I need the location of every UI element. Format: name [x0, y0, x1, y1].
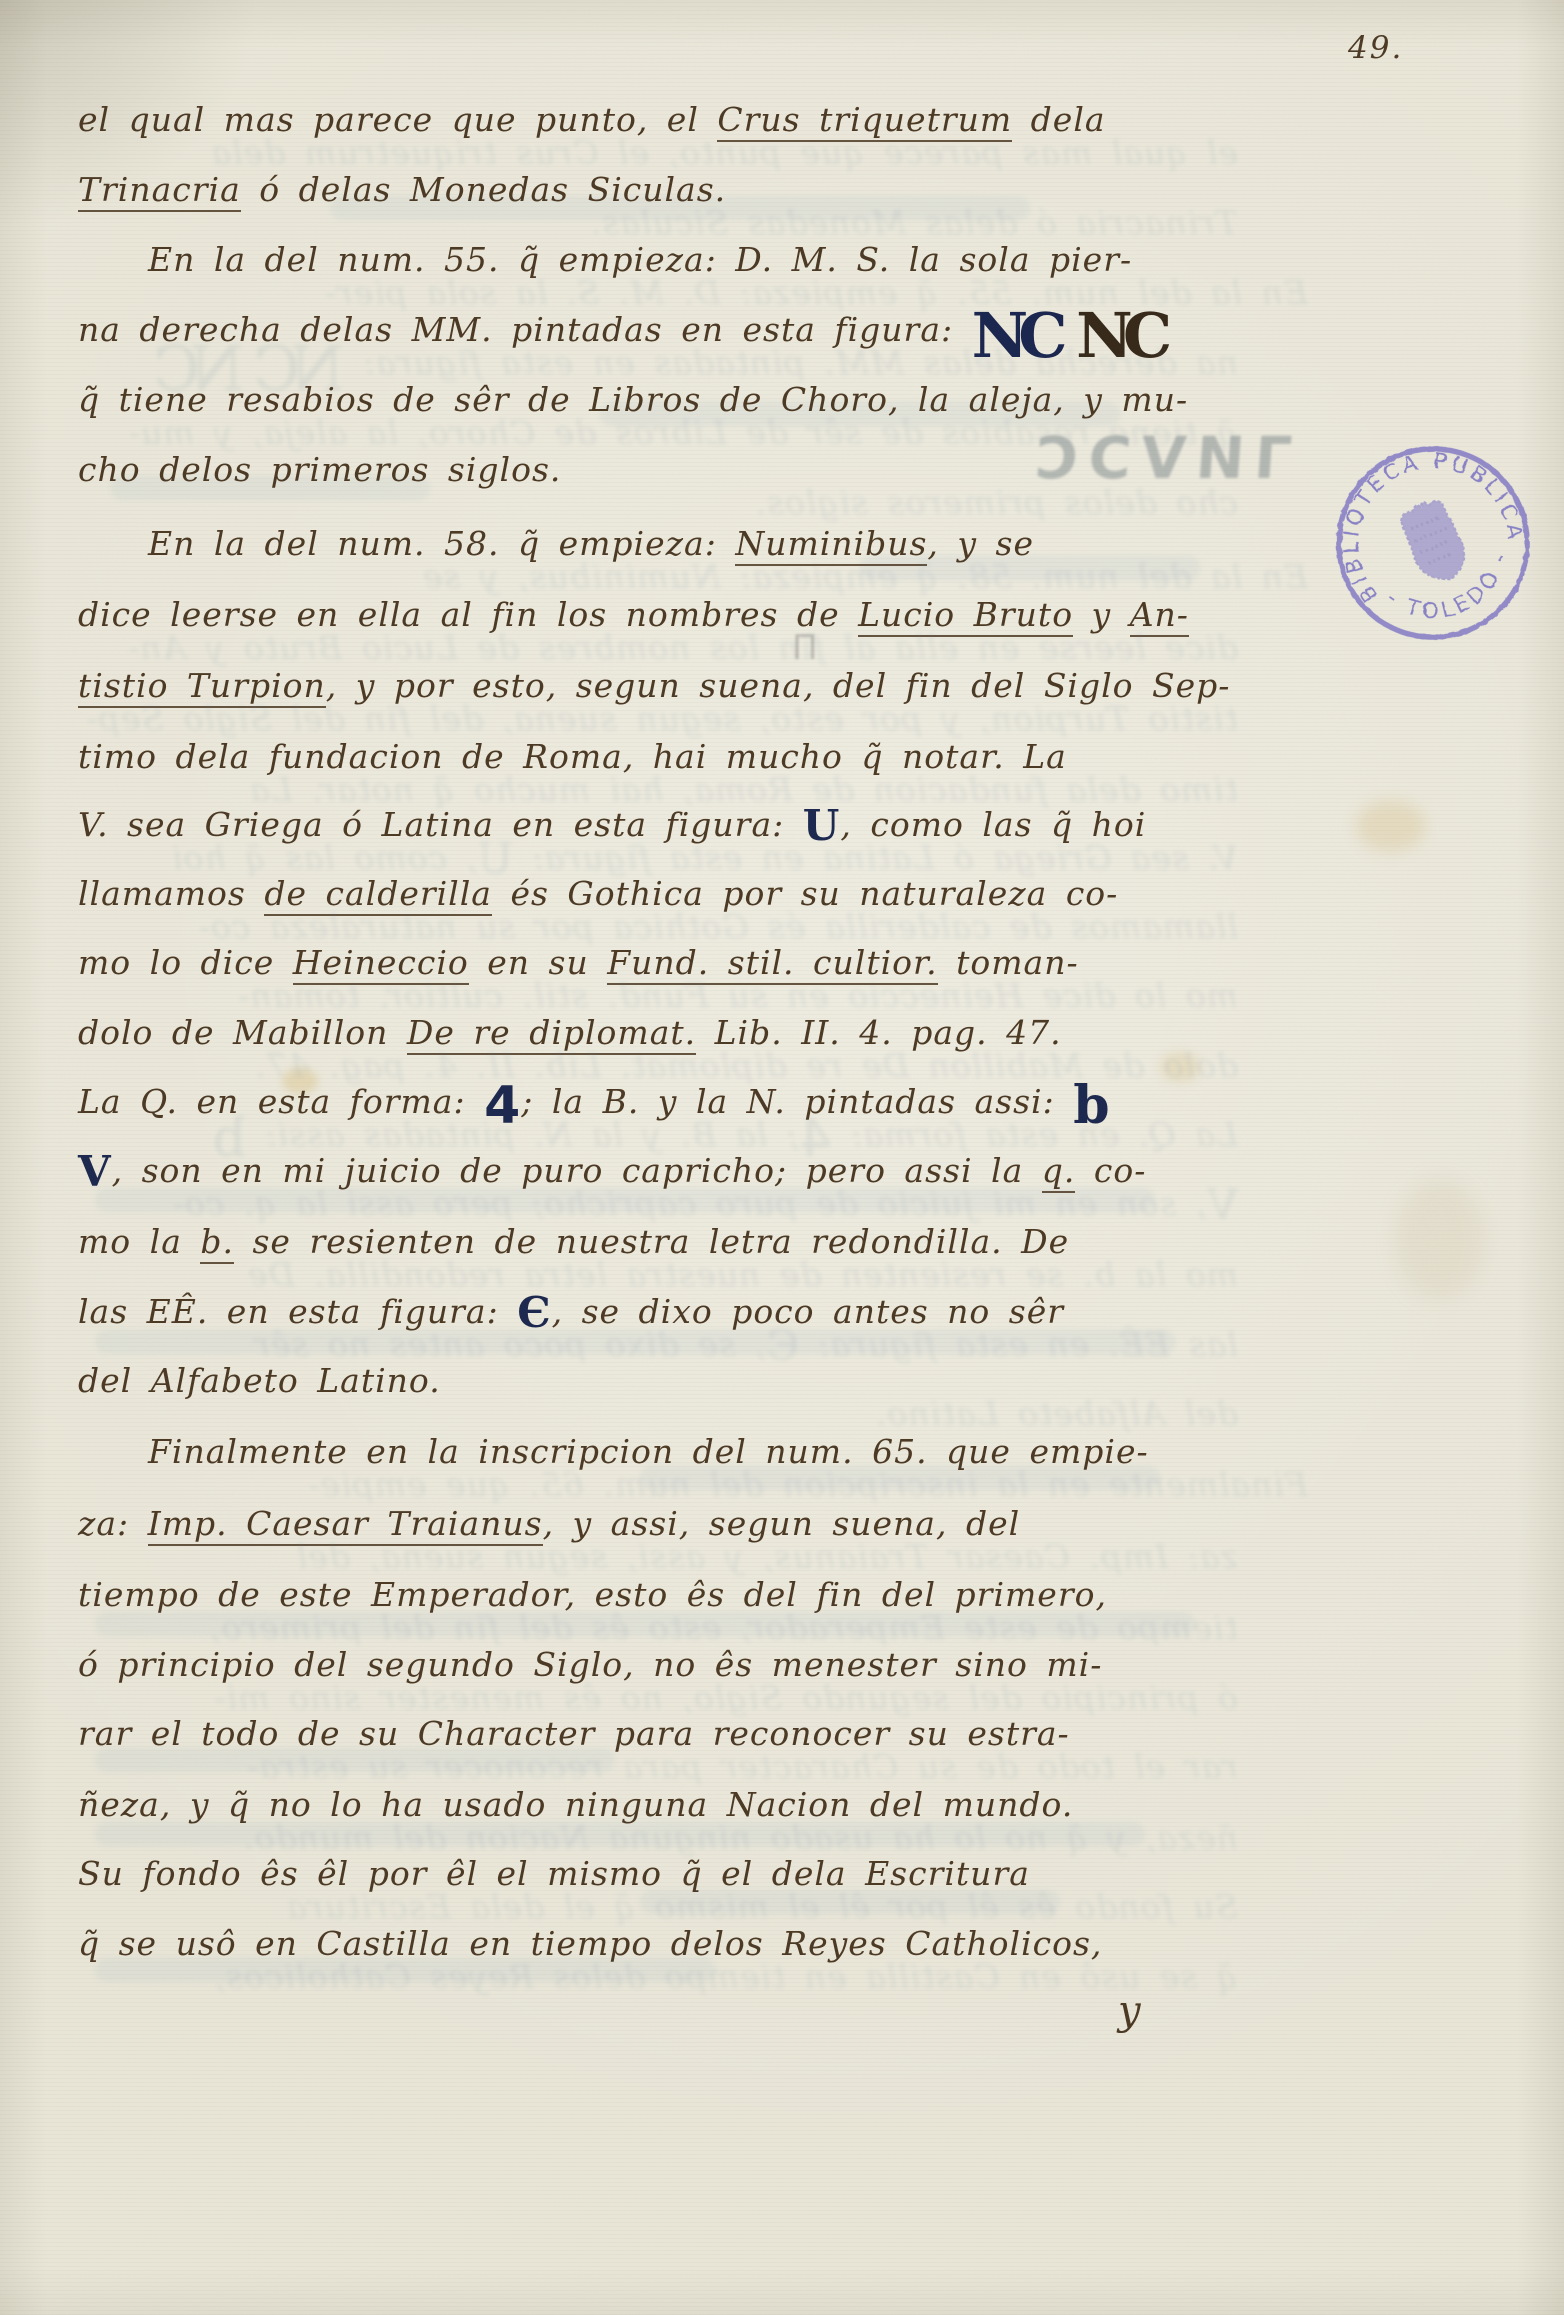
- text-segment: mo la: [1116, 1255, 1238, 1294]
- text-segment: mo lo dice: [1023, 976, 1238, 1015]
- text-segment: del Alfabeto Latino.: [875, 1394, 1238, 1433]
- text-segment: q̃ tiene resabios de sêr de Libros de Ch…: [128, 413, 1238, 452]
- text-segment: za:: [1168, 1537, 1238, 1576]
- catchword: y: [1118, 1988, 1141, 2034]
- text-segment: q̃ se usô en Castilla en tiempo delos Re…: [214, 1957, 1238, 1996]
- text-segment: Su fondo ês êl por êl el mismo q̃ el del…: [286, 1887, 1238, 1926]
- text-segment: , y assi, segun suena, del: [296, 1537, 774, 1576]
- text-segment: dice leerse en ella al fin los nombres d…: [458, 628, 1238, 667]
- stamp-shield-emblem: [1397, 495, 1473, 590]
- text-segment: , y por esto, segun suena, del fin del S…: [86, 699, 991, 738]
- text-segment: dela: [210, 133, 303, 172]
- text-segment: Finalmente en la inscripcion del num. 65…: [307, 1465, 1308, 1504]
- text-segment: ó delas Monedas Siculas.: [590, 203, 1075, 242]
- text-segment: En la del num. 58. q̃ empieza:: [721, 557, 1308, 596]
- text-segment: tiempo de este Emperador, esto ês del fi…: [209, 1608, 1238, 1647]
- manuscript-page: 49. ƆCVNΓ Π el qual mas parece que punto…: [0, 0, 1564, 2315]
- text-segment: el qual mas parece que punto, el: [599, 133, 1238, 172]
- text-segment: [244, 343, 263, 382]
- text-segment: cho delos primeros siglos.: [755, 483, 1238, 522]
- manuscript-text-block: el qual mas parece que punto, el Crus tr…: [0, 0, 1564, 2315]
- bleedthrough-ghost: q̃ se usô en Castilla en tiempo delos Re…: [78, 1955, 1238, 1999]
- text-segment: toman-: [237, 976, 378, 1015]
- text-segment: rar el todo de su Character para reconoc…: [246, 1747, 1238, 1786]
- text-segment: co-: [172, 1184, 243, 1223]
- text-segment: , son en mi juicio de puro capricho; per…: [277, 1184, 1207, 1223]
- text-segment: se resienten de nuestra letra redondilla…: [247, 1255, 1082, 1294]
- bleedthrough-ghost: Finalmente en la inscripcion del num. 65…: [148, 1463, 1308, 1507]
- text-segment: na derecha delas MM. pintadas en esta fi…: [344, 343, 1238, 382]
- text-segment: y: [186, 628, 243, 667]
- bleedthrough-ghost: cho delos primeros siglos.: [78, 481, 1238, 525]
- text-segment: , y se: [422, 557, 529, 596]
- text-segment: en su: [709, 976, 847, 1015]
